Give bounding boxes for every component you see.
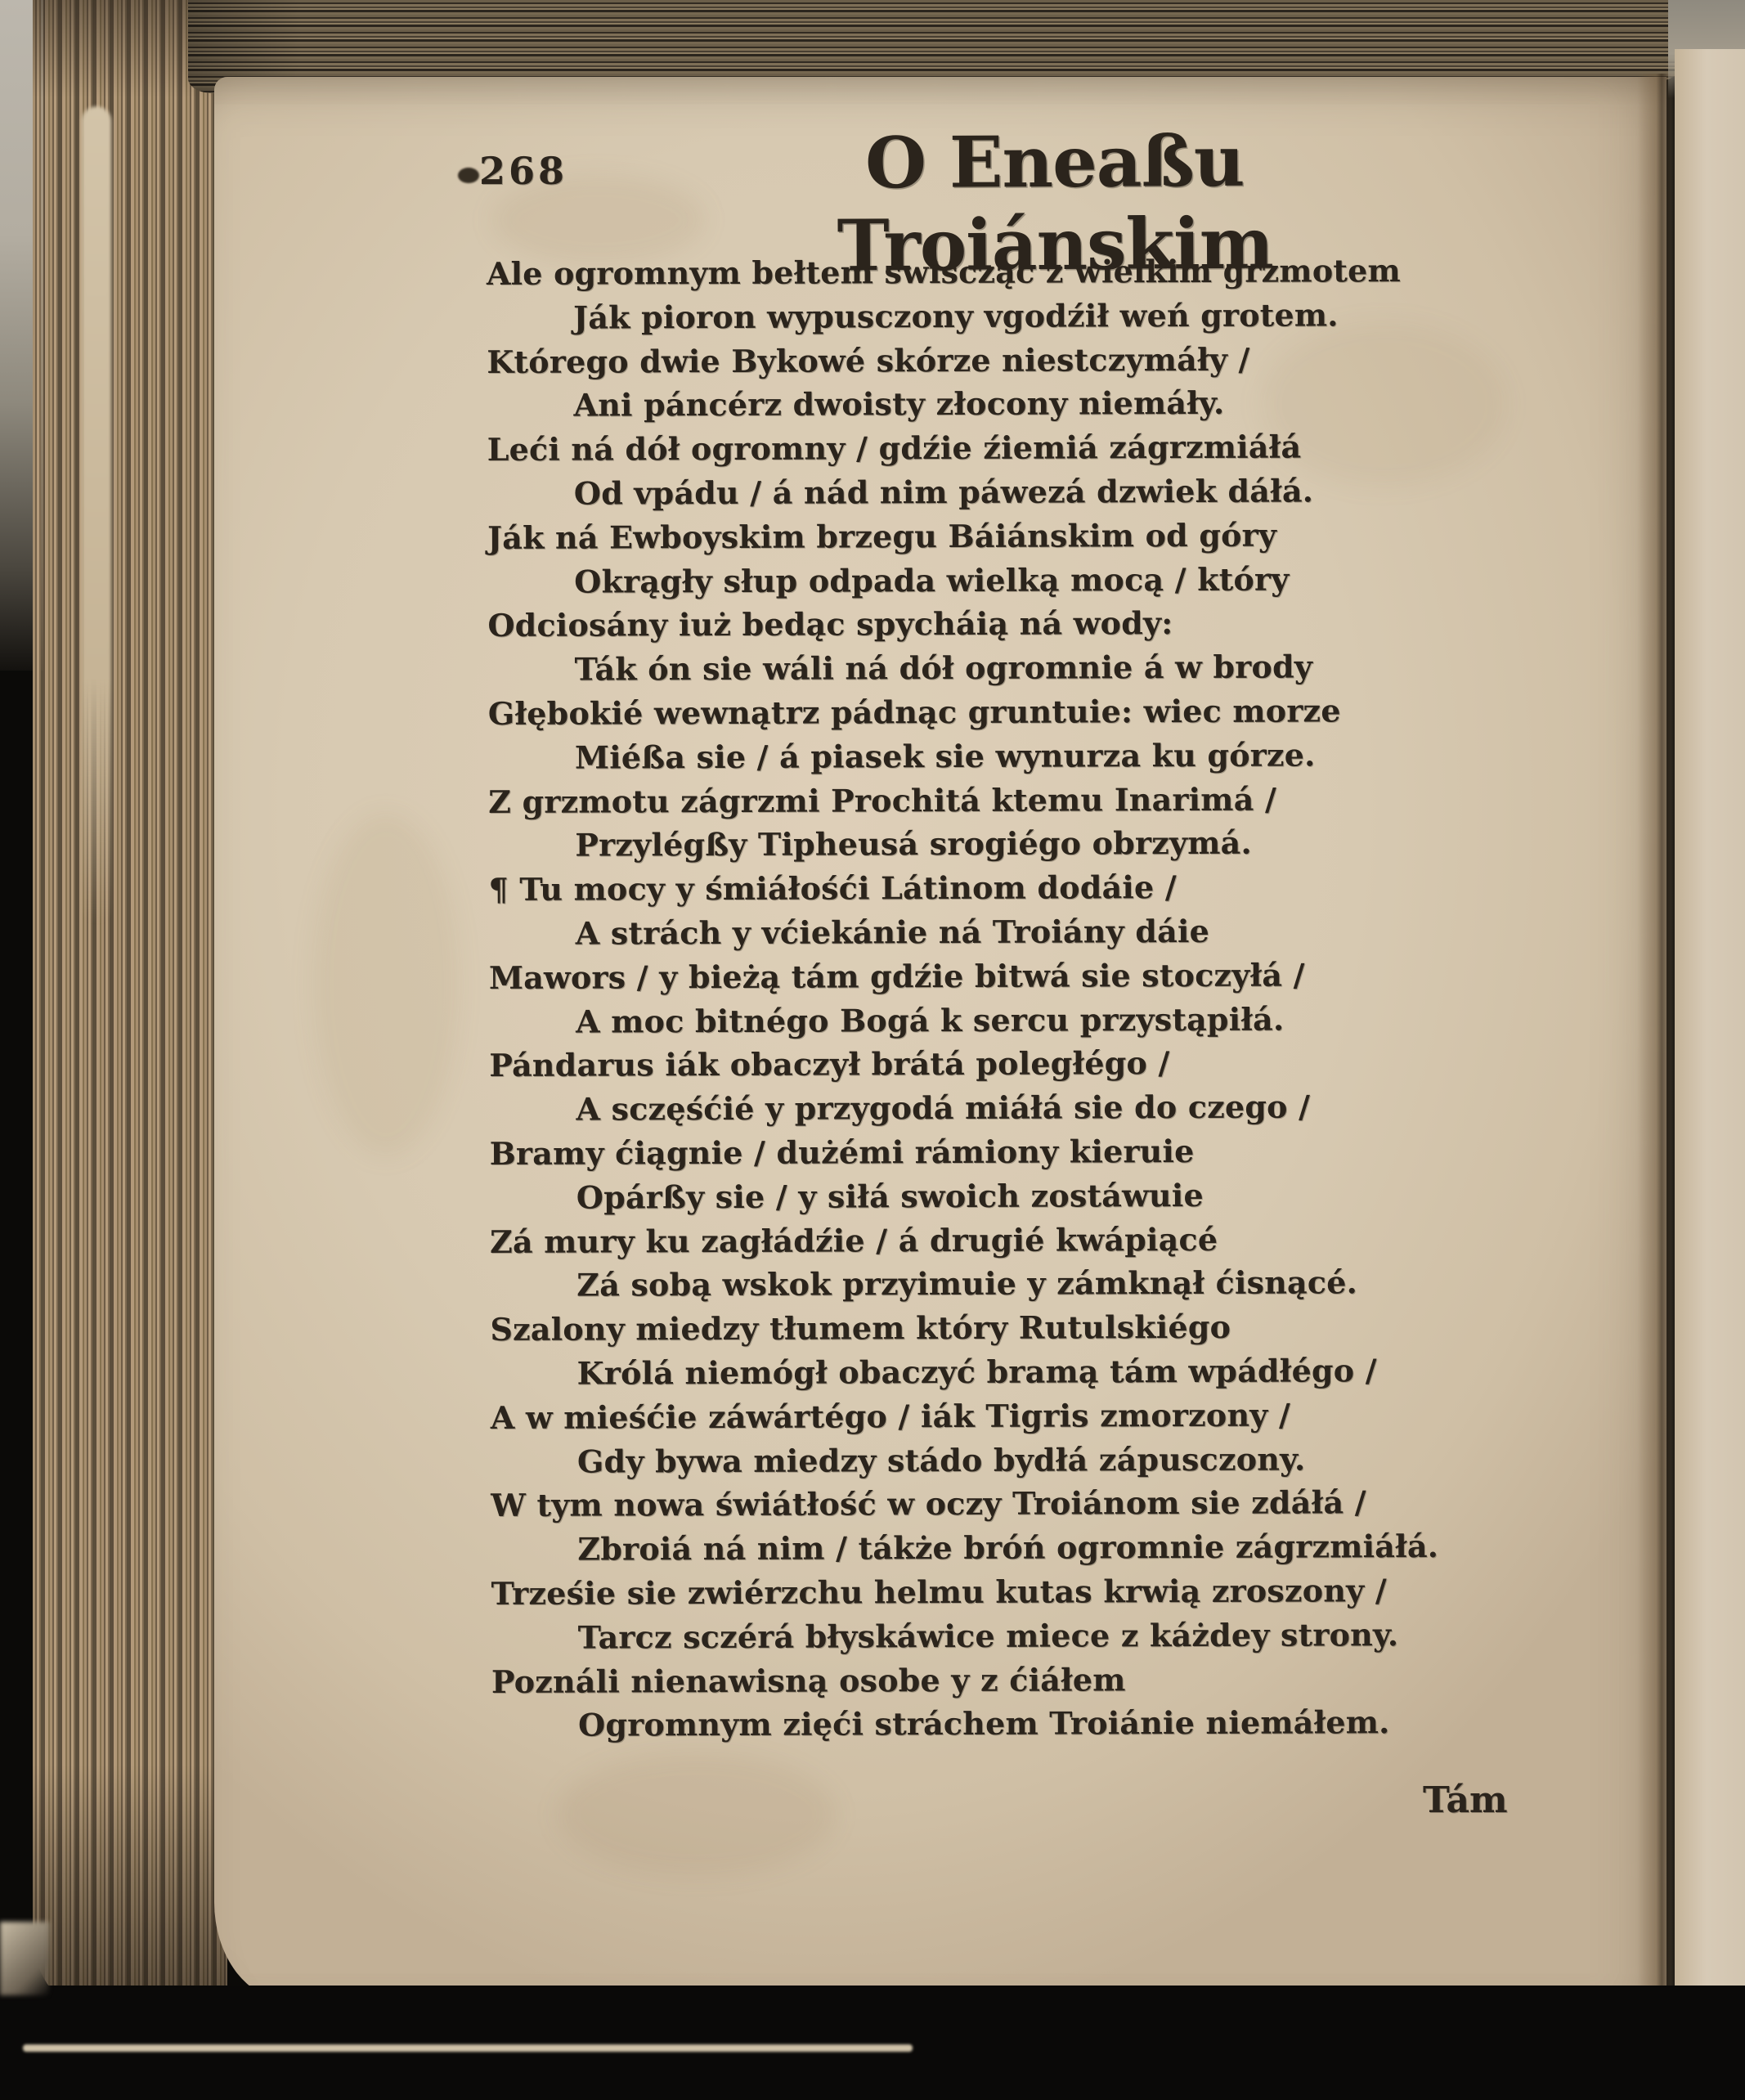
fore-edge-leaf-stack [33,0,227,2005]
table-edge-highlight [23,2044,913,2052]
poem-text: Ale ogromnym bełtem świscząc z wielkim g… [487,249,1440,1748]
table-surface [0,1986,1745,2100]
catchword: Tám [1423,1779,1508,1821]
poem-line: Ale ogromnym bełtem świscząc z wielkim g… [487,249,1435,296]
poem-line: Odciosány iuż bedąc spycháią ná wody: [487,600,1436,648]
poem-line: Poználi nienawisną osobe y z ćiáłem [491,1656,1440,1703]
poem-line: Od vpádu / á nád nim páwezá dzwiek dáłá. [487,469,1436,516]
poem-line: A sczęśćié y przygodá miáłá sie do czego… [489,1084,1438,1132]
poem-line: Którego dwie Bykowé skórze niestczymáły … [487,337,1435,384]
poem-line: Ani páncérz dwoisty złocony niemáły. [487,380,1435,428]
poem-line: A strách y vćiekánie ná Troiány dáie [489,909,1438,956]
gutter-crease [1637,74,1680,2004]
book-photo: 268 O Eneaßu Troiánskim Ale ogromnym beł… [0,0,1745,2100]
poem-line: ¶ Tu mocy y śmiáłośći Látinom dodáie / [488,864,1437,912]
poem-line: Ogromnym zięći stráchem Troiánie niemáłe… [491,1700,1440,1748]
poem-line: Królá niemógł obaczyć bramą tám wpádłégo… [491,1348,1439,1396]
poem-line: Zá sobą wskok przyimuie y zámknął ćisnąc… [490,1260,1438,1308]
poem-line: Zá mury ku zagłádźie / á drugié kwápiącé [490,1217,1438,1264]
page-number: 268 [479,149,567,193]
poem-line: Przylégßy Tipheusá srogiégo obrzymá. [488,820,1437,868]
poem-line: Gdy bywa miedzy stádo bydłá zápusczony. [491,1436,1439,1483]
poem-line: Ták ón sie wáli ná dół ogromnie á w brod… [488,644,1437,692]
fore-edge-torn-leaf [82,106,111,924]
poem-line: A w mieśćie záwártégo / iák Tigris zmorz… [491,1393,1439,1440]
poem-line: A moc bitnégo Bogá k sercu przystąpiłá. [489,997,1438,1044]
table-edge-sliver [0,1922,49,1995]
facing-page-edge [1675,49,1745,2005]
poem-line: Trześie sie zwiérzchu helmu kutas krwią … [491,1568,1439,1616]
poem-line: Mawors / y bieżą tám gdźie bitwá sie sto… [489,953,1438,1000]
poem-line: Leći ná dół ogromny / gdźie źiemiá zágrz… [487,424,1436,472]
poem-line: Okrągły słup odpada wielką mocą / który [487,557,1436,604]
poem-line: W tym nowa świátłość w oczy Troiánom sie… [491,1480,1439,1528]
ink-blot [458,168,479,183]
poem-line: Opárßy sie / y siłá swoich zostáwuie [490,1173,1438,1220]
poem-line: Tarcz sczérá błyskáwice miece z káżdey s… [491,1613,1440,1660]
poem-line: Miéßa sie / á piasek sie wynurza ku górz… [488,733,1437,780]
poem-line: Z grzmotu zágrzmi Prochitá ktemu Inarimá… [488,777,1437,824]
poem-line: Zbroiá ná nim / tákże bróń ogromnie zágr… [491,1524,1439,1572]
poem-line: Głębokié wewnątrz pádnąc gruntuie: wiec … [488,689,1437,736]
poem-line: Szalony miedzy tłumem który Rutulskiégo [490,1304,1438,1352]
poem-line: Pándarus iák obaczył brátá poległégo / [489,1040,1438,1088]
poem-line: Ják pioron wypusczony vgodźił weń grotem… [487,293,1435,340]
poem-line: Ják ná Ewboyskim brzegu Báiánskim od gór… [487,513,1436,560]
poem-line: Bramy ćiągnie / dużémi rámiony kieruie [490,1129,1438,1176]
